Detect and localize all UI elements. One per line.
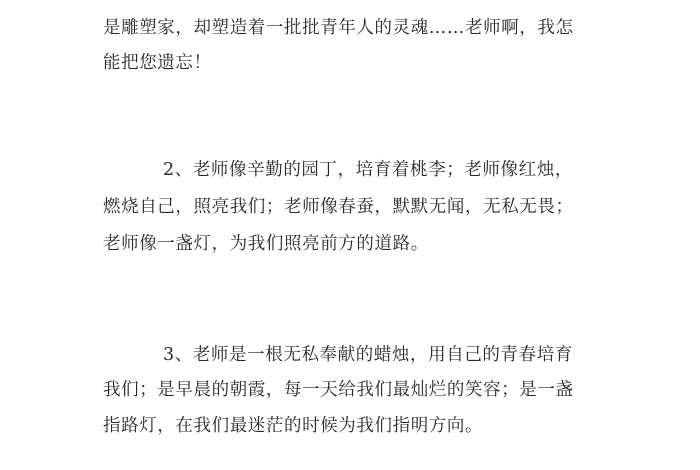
- text-line: 老师像一盏灯，为我们照亮前方的道路。: [103, 233, 573, 255]
- text-line: 燃烧自己，照亮我们；老师像春蚕，默默无闻，无私无畏；: [103, 196, 573, 218]
- text-line: 能把您遗忘！: [103, 52, 573, 74]
- text-line: 指路灯，在我们最迷茫的时候为我们指明方向。: [103, 415, 573, 437]
- document-page: 是雕塑家，却塑造着一批批青年人的灵魂……老师啊，我怎 能把您遗忘！ 2、老师像辛…: [0, 0, 700, 470]
- text-line: 3、老师是一根无私奉献的蜡烛，用自己的青春培育: [163, 344, 633, 366]
- text-line: 2、老师像辛勤的园丁，培育着桃李；老师像红烛，: [163, 159, 633, 181]
- text-line: 是雕塑家，却塑造着一批批青年人的灵魂……老师啊，我怎: [103, 17, 573, 39]
- text-line: 我们；是早晨的朝霞，每一天给我们最灿烂的笑容；是一盏: [103, 379, 573, 401]
